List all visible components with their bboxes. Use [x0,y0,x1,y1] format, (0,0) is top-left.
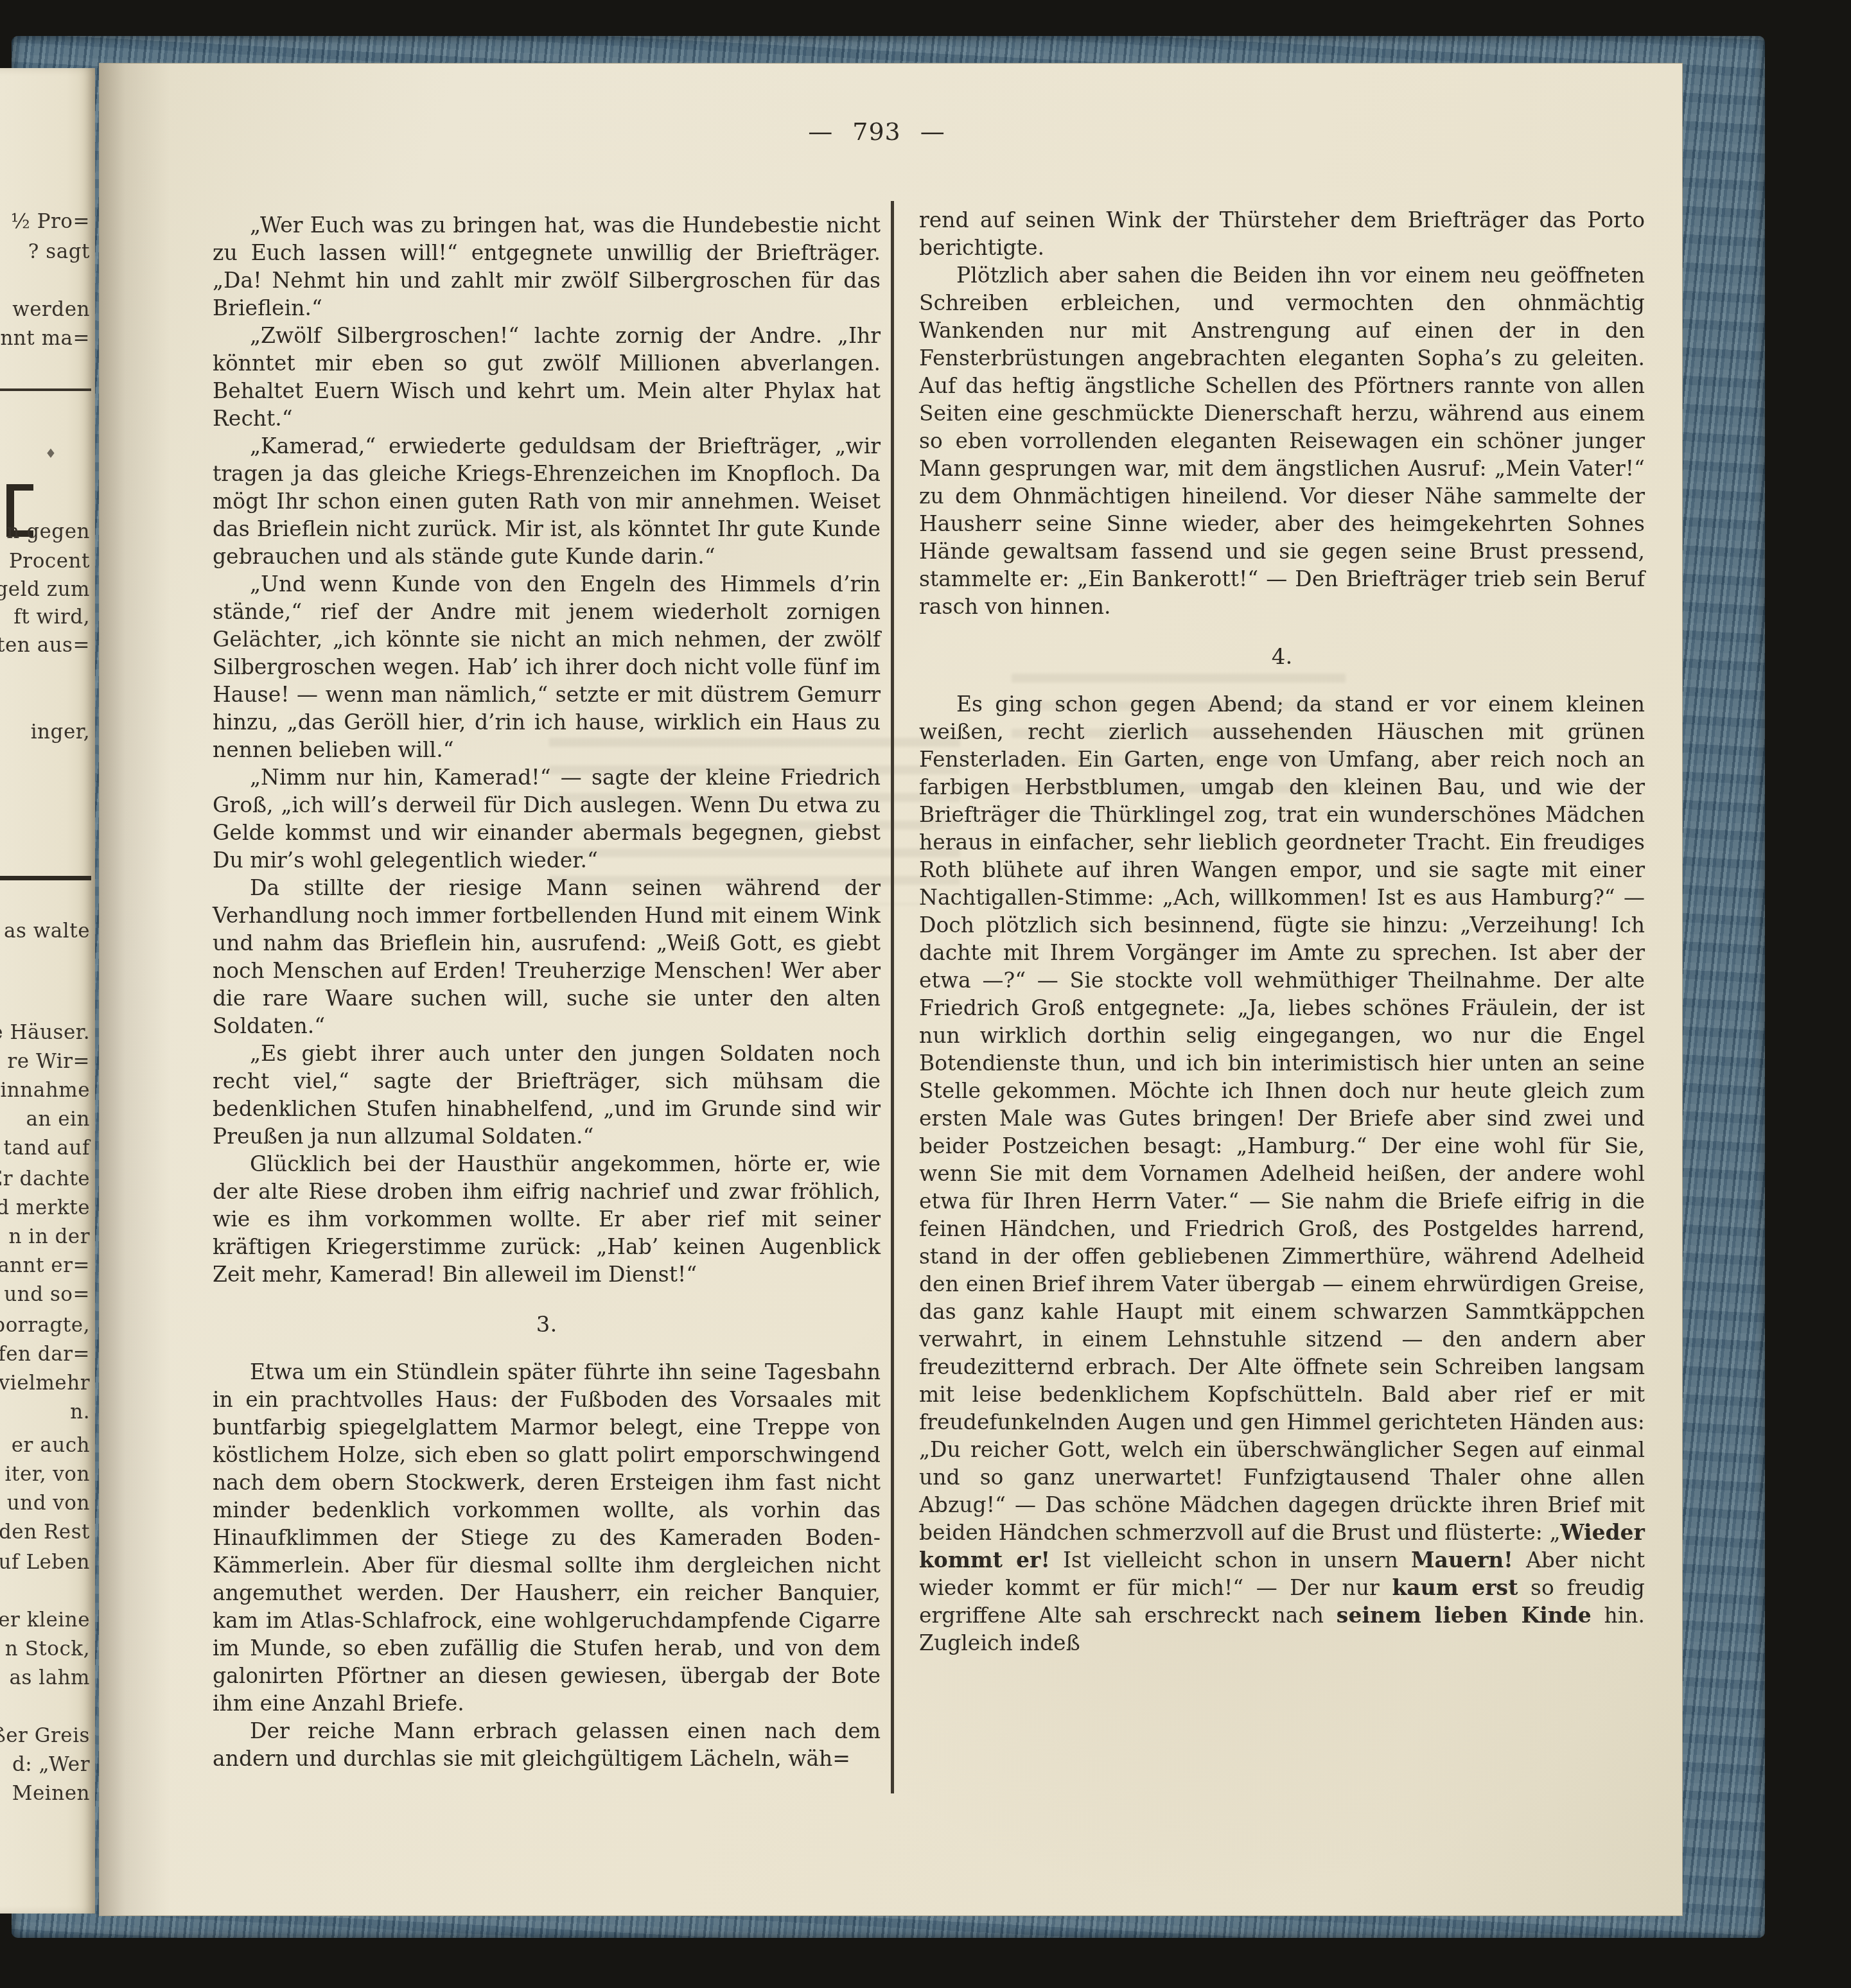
scanned-page: —793— „Wer Euch was zu bringen hat, was … [99,63,1683,1916]
facing-page-rule [0,388,91,391]
facing-page-text-fragment: n. [70,1400,90,1424]
facing-page-text-fragment: ft wird, [13,606,90,629]
facing-page-text-fragment: tand auf [3,1137,90,1160]
emphasized-text: kaum erst [1392,1575,1518,1600]
facing-page-text-fragment: ßer Greis [0,1724,90,1747]
facing-page-sliver: ½ Pro=? sagtwerdennnt ma=♦n gegenProcent… [0,68,95,1914]
facing-page-text-fragment: re Wir= [7,1050,90,1073]
emphasized-text: Mauern! [1411,1548,1513,1573]
facing-page-text-fragment: Er dachte [0,1167,90,1190]
facing-page-text-fragment: d merkte [0,1196,90,1219]
paragraph: Etwa um ein Stündlein später führte ihn … [213,1358,881,1717]
ornament-diamond: ♦ [45,446,57,461]
paragraph: Da stillte der riesige Mann seinen währe… [213,874,881,1040]
facing-page-text-fragment: Procent [9,550,90,573]
facing-page-text-fragment: ? sagt [28,240,90,263]
facing-page-text-fragment: iter, von [5,1463,90,1486]
paragraph: „Es giebt ihrer auch unter den jungen So… [213,1040,881,1150]
text-segment: Ist vielleicht schon in unsern [1050,1548,1411,1573]
facing-page-text-fragment: uf Leben [0,1551,90,1574]
facing-page-text-fragment: er kleine [0,1609,90,1632]
paragraph: rend auf seinen Wink der Thürsteher dem … [919,206,1645,261]
facing-page-text-fragment: vielmehr [0,1372,90,1395]
section-heading: 4. [919,643,1645,671]
paragraph: Es ging schon gegen Abend; da stand er v… [919,690,1645,1657]
page-number-header: —793— [459,118,1294,146]
header-dash-left: — [808,118,833,146]
left-text-column: „Wer Euch was zu bringen hat, was die Hu… [213,211,881,1772]
facing-page-text-fragment: inger, [31,720,90,744]
facing-page-text-fragment: werden [12,298,90,321]
facing-page-text-fragment: ½ Pro= [11,210,90,233]
book-scan: ½ Pro=? sagtwerdennnt ma=♦n gegenProcent… [0,0,1851,1988]
right-text-column: rend auf seinen Wink der Thürsteher dem … [919,206,1645,1657]
column-divider-rule [891,201,894,1793]
facing-page-text-fragment: , und so= [0,1283,90,1306]
facing-page-text-fragment: ge Häuser. [0,1021,90,1044]
facing-page-text-fragment: er auch [12,1434,90,1457]
facing-page-text-fragment: n gegen [6,520,90,543]
facing-page-text-fragment: n in der [8,1225,90,1248]
paragraph: Plötzlich aber sahen die Beiden ihn vor … [919,261,1645,620]
facing-page-text-fragment: den Rest [0,1521,90,1544]
paragraph: „Zwölf Silbergroschen!“ lachte zornig de… [213,322,881,432]
facing-page-text-fragment: und von [7,1492,90,1515]
facing-page-text-fragment: as walte [4,920,90,943]
paragraph: „Kamerad,“ erwiederte geduldsam der Brie… [213,432,881,570]
facing-page-text-fragment: d: „Wer [12,1753,90,1776]
facing-page-text-fragment: porragte, [0,1314,90,1337]
emphasized-text: seinem lieben Kinde [1337,1603,1592,1628]
facing-page-text-fragment: annt er= [0,1254,90,1277]
facing-page-text-fragment: fen dar= [0,1343,90,1366]
facing-page-rule [0,876,91,880]
page-number: 793 [852,118,901,146]
facing-page-text-fragment: an ein [26,1108,90,1131]
facing-page-text-fragment: nnt ma= [0,327,90,350]
facing-page-text-fragment: as lahm [9,1666,90,1689]
facing-page-text-fragment: geld zum [0,578,90,601]
paragraph: Glücklich bei der Hausthür angekommen, h… [213,1150,881,1288]
paragraph: „Wer Euch was zu bringen hat, was die Hu… [213,211,881,322]
facing-page-text-fragment: ten aus= [0,634,90,657]
paragraph: „Nimm nur hin, Kamerad!“ — sagte der kle… [213,763,881,874]
paragraph: „Und wenn Kunde von den Engeln des Himme… [213,570,881,763]
text-segment: Es ging schon gegen Abend; da stand er v… [919,692,1645,1545]
facing-page-text-fragment: n Stock, [5,1637,90,1661]
header-dash-right: — [920,118,945,146]
facing-page-text-fragment: Einnahme [0,1079,90,1102]
section-heading: 3. [213,1311,881,1339]
paragraph: Der reiche Mann erbrach gelassen einen n… [213,1717,881,1772]
facing-page-text-fragment: Meinen [12,1782,90,1805]
